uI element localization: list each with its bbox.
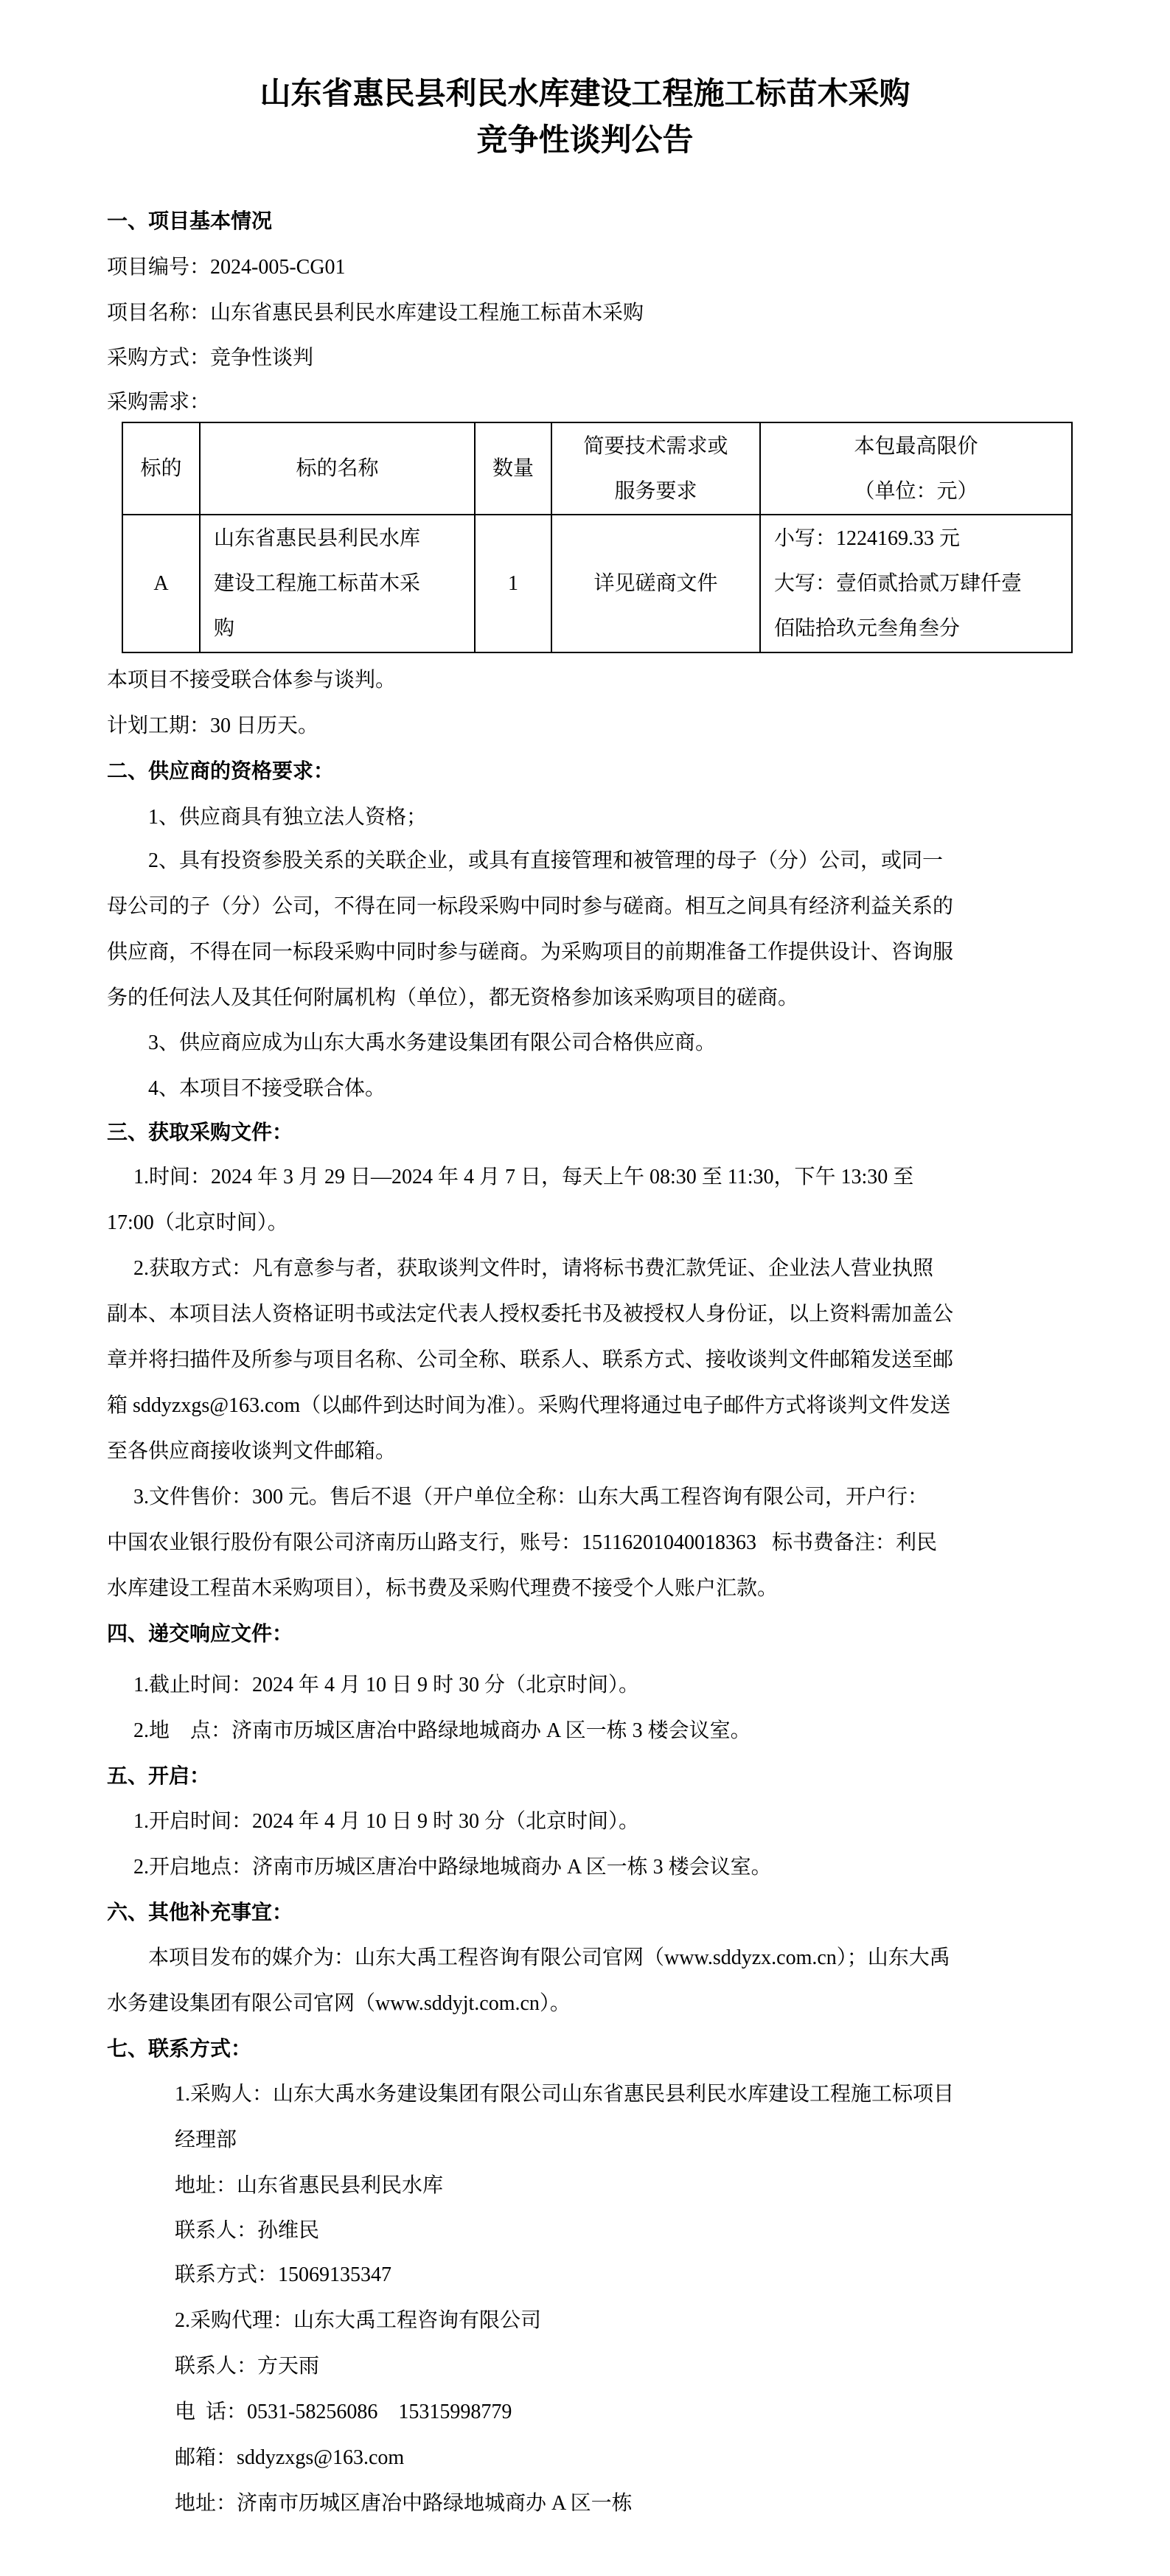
agent-contact-person: 联系人：方天雨 <box>175 2353 319 2380</box>
document-price-line3: 水库建设工程苗木采购项目），标书费及采购代理费不接受个人账户汇款。 <box>107 1576 778 1602</box>
obtain-time-line2: 17:00（北京时间）。 <box>107 1210 288 1236</box>
submit-deadline: 1.截止时间：2024 年 4 月 10 日 9 时 30 分（北京时间）。 <box>133 1672 639 1699</box>
project-number: 项目编号：2024-005-CG01 <box>107 254 346 281</box>
qualification-item-1: 1、供应商具有独立法人资格； <box>148 804 427 831</box>
open-location: 2.开启地点：济南市历城区唐冶中路绿地城商办 A 区一栋 3 楼会议室。 <box>133 1854 772 1881</box>
media-line1: 本项目发布的媒介为：山东大禹工程咨询有限公司官网（www.sddyzx.com.… <box>148 1945 950 1971</box>
procurement-demand-table: 标的 标的名称 数量 简要技术需求或 服务要求 本包最高限价 （单位：元） A … <box>122 422 1073 653</box>
purchaser-name-line1: 1.采购人：山东大禹水务建设集团有限公司山东省惠民县利民水库建设工程施工标项目 <box>175 2081 954 2108</box>
obtain-method-line2: 副本、本项目法人资格证明书或法定代表人授权委托书及被授权人身份证，以上资料需加盖… <box>107 1301 953 1328</box>
obtain-method-line1: 2.获取方式：凡有意参与者，获取谈判文件时，请将标书费汇款凭证、企业法人营业执照 <box>133 1256 933 1282</box>
table-header-subject-name: 标的名称 <box>201 423 476 515</box>
section-6-heading: 六、其他补充事宜： <box>107 1900 293 1926</box>
table-cell-quantity: 1 <box>476 515 552 652</box>
table-cell-subject-name: 山东省惠民县利民水库 建设工程施工标苗木采 购 <box>201 515 476 652</box>
purchaser-name-line2: 经理部 <box>175 2127 237 2154</box>
section-1-heading: 一、项目基本情况 <box>107 209 272 235</box>
qualification-item-2-line3: 供应商，不得在同一标段采购中同时参与磋商。为采购项目的前期准备工作提供设计、咨询… <box>107 939 953 966</box>
qualification-item-2-line1: 2、具有投资参股关系的关联企业，或具有直接管理和被管理的母子（分）公司，或同一 <box>148 848 943 874</box>
submit-location: 2.地 点：济南市历城区唐冶中路绿地城商办 A 区一栋 3 楼会议室。 <box>133 1718 751 1744</box>
open-time: 1.开启时间：2024 年 4 月 10 日 9 时 30 分（北京时间）。 <box>133 1809 639 1835</box>
planned-duration: 计划工期：30 日历天。 <box>107 713 318 739</box>
purchaser-address: 地址：山东省惠民县利民水库 <box>175 2173 443 2199</box>
procurement-method: 采购方式：竞争性谈判 <box>107 345 313 372</box>
table-cell-tech-requirements: 详见磋商文件 <box>552 515 761 652</box>
section-7-heading: 七、联系方式： <box>107 2036 251 2063</box>
section-3-heading: 三、获取采购文件： <box>107 1120 293 1146</box>
document-title-line-2: 竞争性谈判公告 <box>0 122 1170 159</box>
purchaser-phone: 联系方式：15069135347 <box>175 2262 391 2288</box>
no-consortium-note: 本项目不接受联合体参与谈判。 <box>107 667 396 694</box>
qualification-item-3: 3、供应商应成为山东大禹水务建设集团有限公司合格供应商。 <box>148 1030 716 1056</box>
table-header-max-price: 本包最高限价 （单位：元） <box>761 423 1071 515</box>
media-line2: 水务建设集团有限公司官网（www.sddyjt.com.cn）。 <box>107 1991 571 2017</box>
procurement-announcement-document: 山东省惠民县利民水库建设工程施工标苗木采购 竞争性谈判公告 一、项目基本情况 项… <box>0 0 1170 2576</box>
document-title-line-1: 山东省惠民县利民水库建设工程施工标苗木采购 <box>0 76 1170 113</box>
obtain-method-line4: 箱 sddyzxgs@163.com（以邮件到达时间为准）。采购代理将通过电子邮… <box>107 1393 950 1419</box>
purchaser-contact-person: 联系人：孙维民 <box>175 2218 319 2244</box>
agent-address: 地址：济南市历城区唐冶中路绿地城商办 A 区一栋 <box>175 2490 633 2517</box>
section-5-heading: 五、开启： <box>107 1764 210 1790</box>
table-cell-max-price: 小写：1224169.33 元 大写：壹佰贰拾贰万肆仟壹 佰陆拾玖元叁角叁分 <box>761 515 1071 652</box>
qualification-item-2-line4: 务的任何法人及其任何附属机构（单位），都无资格参加该采购项目的磋商。 <box>107 985 798 1012</box>
obtain-method-line3: 章并将扫描件及所参与项目名称、公司全称、联系人、联系方式、接收谈判文件邮箱发送至… <box>107 1347 953 1374</box>
document-price-line2: 中国农业银行股份有限公司济南历山路支行，账号：15116201040018363… <box>107 1530 937 1556</box>
table-header-subject: 标的 <box>123 423 201 515</box>
table-header-tech-requirements: 简要技术需求或 服务要求 <box>552 423 761 515</box>
qualification-item-4: 4、本项目不接受联合体。 <box>148 1076 386 1102</box>
obtain-time-line1: 1.时间：2024 年 3 月 29 日—2024 年 4 月 7 日，每天上午… <box>133 1164 913 1191</box>
agent-name: 2.采购代理：山东大禹工程咨询有限公司 <box>175 2308 541 2334</box>
agent-phone: 电 话：0531-58256086 15315998779 <box>175 2399 512 2426</box>
document-price-line1: 3.文件售价：300 元。售后不退（开户单位全称：山东大禹工程咨询有限公司，开户… <box>133 1484 928 1511</box>
agent-email: 邮箱：sddyzxgs@163.com <box>175 2445 404 2471</box>
section-2-heading: 二、供应商的资格要求： <box>107 759 334 785</box>
section-4-heading: 四、递交响应文件： <box>107 1621 293 1648</box>
qualification-item-2-line2: 母公司的子（分）公司，不得在同一标段采购中同时参与磋商。相互之间具有经济利益关系… <box>107 894 953 920</box>
table-header-quantity: 数量 <box>476 423 552 515</box>
procurement-demand-label: 采购需求： <box>107 389 210 416</box>
table-cell-subject: A <box>123 515 201 652</box>
project-name: 项目名称：山东省惠民县利民水库建设工程施工标苗木采购 <box>107 300 644 327</box>
obtain-method-line5: 至各供应商接收谈判文件邮箱。 <box>107 1438 396 1465</box>
